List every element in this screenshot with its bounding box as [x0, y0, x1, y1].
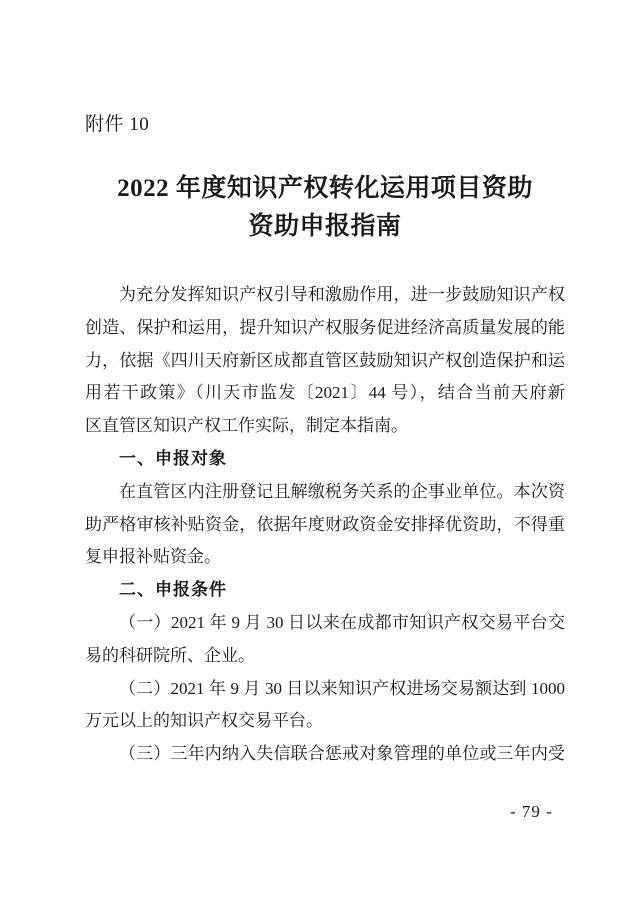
- body-line-2: 创造、保护和运用，提升知识产权服务促进经济高质量发展的能: [85, 312, 565, 345]
- body-line-12: 万元以上的知识产权交易平台。: [85, 705, 565, 738]
- title-line-1: 2022 年度知识产权转化运用项目资助: [85, 170, 565, 208]
- document-page: 附件 10 2022 年度知识产权转化运用项目资助 资助申报指南 为充分发挥知识…: [0, 0, 636, 900]
- body-line-11: （二）2021 年 9 月 30 日以来知识产权进场交易额达到 1000: [85, 673, 565, 706]
- title-line-2: 资助申报指南: [85, 208, 565, 246]
- section-heading-2: 二、申报条件: [85, 574, 565, 607]
- body-line-4: 用若干政策》（川天市监发〔2021〕44 号），结合当前天府新: [85, 377, 565, 410]
- body-line-13: （三）三年内纳入失信联合惩戒对象管理的单位或三年内受: [85, 738, 565, 771]
- body-line-7: 助严格审核补贴资金，依据年度财政资金安排择优资助，不得重: [85, 509, 565, 542]
- body-line-10: 易的科研院所、企业。: [85, 640, 565, 673]
- body-line-6: 在直管区内注册登记且解缴税务关系的企事业单位。本次资: [85, 476, 565, 509]
- body-line-3: 力，依据《四川天府新区成都直管区鼓励知识产权创造保护和运: [85, 345, 565, 378]
- attachment-label: 附件 10: [85, 112, 149, 138]
- body-line-5: 区直管区知识产权工作实际，制定本指南。: [85, 410, 565, 443]
- body-line-8: 复申报补贴资金。: [85, 541, 565, 574]
- section-heading-1: 一、申报对象: [85, 443, 565, 476]
- body-line-1: 为充分发挥知识产权引导和激励作用，进一步鼓励知识产权: [85, 279, 565, 312]
- document-title: 2022 年度知识产权转化运用项目资助 资助申报指南: [85, 170, 565, 246]
- document-body: 为充分发挥知识产权引导和激励作用，进一步鼓励知识产权 创造、保护和运用，提升知识…: [85, 279, 565, 771]
- page-number: - 79 -: [510, 802, 553, 822]
- body-line-9: （一）2021 年 9 月 30 日以来在成都市知识产权交易平台交: [85, 607, 565, 640]
